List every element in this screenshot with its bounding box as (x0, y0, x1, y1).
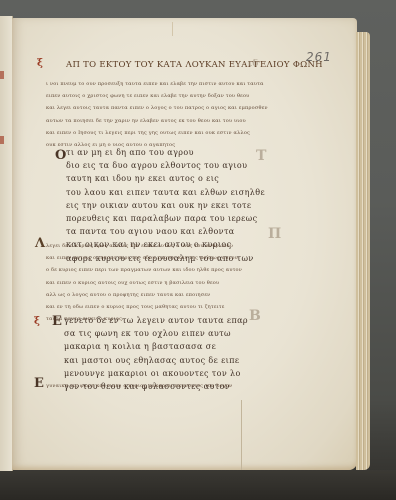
text-line: τι αν μη ει δη απο του αγρου (66, 146, 266, 159)
text-line: ο δε κυριος ειπεν περι των πραγματων αυτ… (46, 264, 276, 276)
rubric-mark (0, 136, 4, 144)
text-line: και εν τη οδω ειπεν ο κυριος προς τους μ… (46, 301, 276, 313)
commentary-block: ι νοι πνευμ το ουν προσευξη ταυτα ειπεν … (46, 78, 278, 151)
commentary-block: γυναικα τις φωνη και ειπεν ο κυριος μακα… (46, 380, 266, 392)
text-line: και ειπεν αυτοις ο ιησους περι της οδου … (46, 252, 276, 264)
text-line: ταυτη και ιδου ην εκει αυτος ο εις (66, 172, 266, 185)
text-line: σα τις φωνη εκ του οχλου ειπεν αυτω (64, 327, 260, 340)
text-line: και μαστοι ους εθηλασας αυτος δε ειπε (64, 354, 260, 367)
page-crease-top (172, 22, 173, 36)
page-stack-edges (356, 32, 370, 470)
table-surface (0, 470, 396, 500)
text-line: και ειπεν ο Ιησους τι λεγεις περι της γη… (46, 127, 278, 139)
text-line: γυναικα τις φωνη και ειπεν ο κυριος μακα… (46, 380, 266, 392)
text-line: του λαου και ειπεν ταυτα και ελθων εισηλ… (66, 186, 266, 199)
text-line: γενετο δε εν τω λεγειν αυτον ταυτα επαρ (64, 314, 260, 327)
initial-letter: Ε (52, 314, 62, 329)
rubric-margin-mark: ξ (37, 58, 43, 69)
text-line: λεγει δε ο κυριος προς αυτους και ειπεν … (46, 240, 276, 252)
page-crease (241, 400, 242, 470)
rubric-mark (0, 71, 4, 79)
initial-letter: Ε (34, 376, 44, 391)
text-line: μενουνγε μακαριοι οι ακουοντες τον λο (64, 367, 260, 380)
text-line: ειπεν αυτοις ο χριστος φωνη τε ειπεν και… (46, 90, 278, 102)
initial-letter: Ο (55, 148, 66, 163)
text-line: μακαρια η κοιλια η βαστασασα σε (64, 340, 260, 353)
text-line: εις την οικιαν αυτου και ουκ ην εκει τοτ… (66, 199, 266, 212)
text-line: ι νοι πνευμ το ουν προσευξη ταυτα ειπεν … (46, 78, 278, 90)
initial-letter: Λ (35, 236, 45, 251)
text-line: πορευθεις και παραλαβων παρα του ιερεως (66, 212, 266, 225)
text-line: αλλ ως ο λογος αυτου ο προφητης ειπεν τα… (46, 289, 276, 301)
text-line: τα παντα του αγιου ναου και ελθοντα (66, 225, 266, 238)
heading-rubric: ΑΠ ΤΟ ΕΚΤΟΥ ΤΟΥ ΚΑΤΑ ΛΟΥΚΑΝ ΕΥΑΓΓΕΛΙΟΥ Φ… (66, 60, 323, 70)
text-line: αυτων τα ποιησει δε την χαριν ην ελαβεν … (46, 115, 278, 127)
margin-mark: ιδ (248, 59, 258, 69)
rubric-margin-mark: ξ (34, 316, 40, 327)
commentary-block: λεγει δε ο κυριος προς αυτους και ειπεν … (46, 240, 276, 325)
text-line: και λεγει αυτοις ταυτα παντα ειπεν ο λογ… (46, 102, 278, 114)
text-line: και ειπεν ο κυριος αυτοις ουχ ουτως εστι… (46, 277, 276, 289)
text-line: διο εις τα δυο αγρου ελθοντος του αγιου (66, 159, 266, 172)
